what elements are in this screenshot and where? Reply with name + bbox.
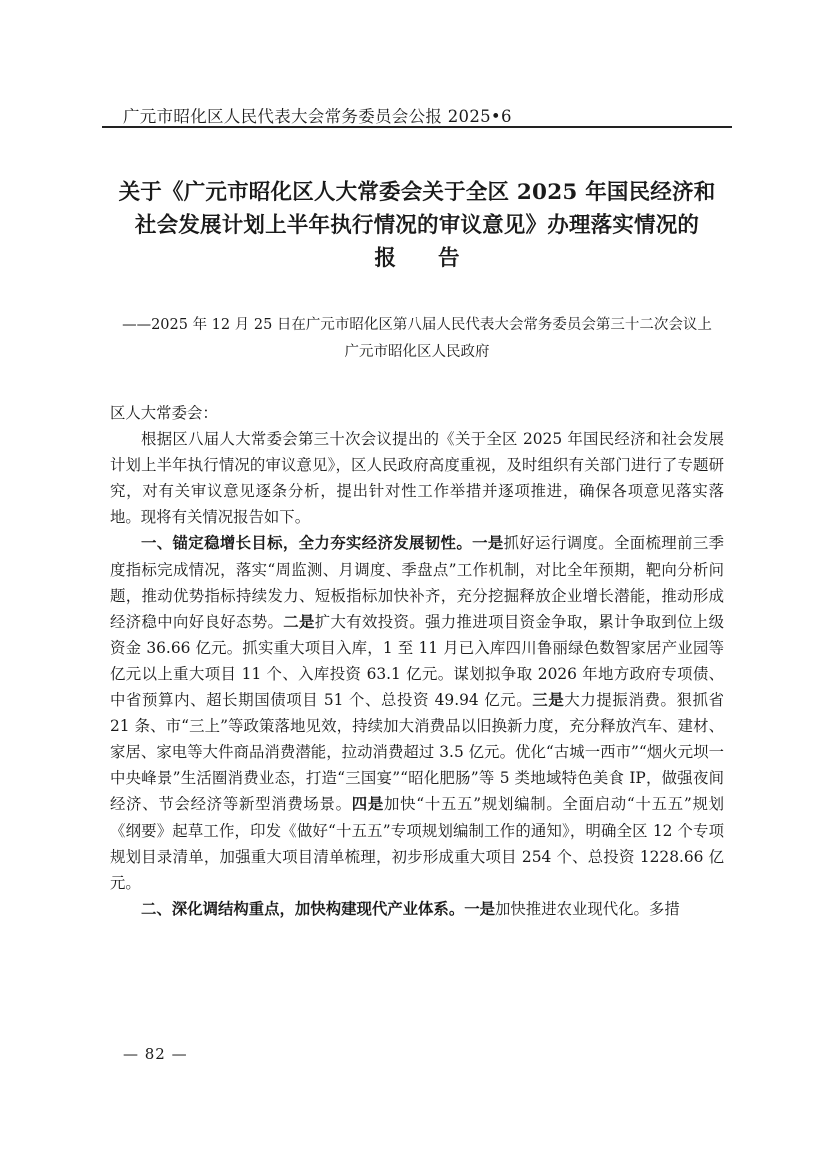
section-2-heading: 二、深化调结构重点，加快构建现代产业体系。 [141, 900, 464, 918]
subtitle-author: 广元市昭化区人民政府 [102, 339, 732, 366]
running-header: 广元市昭化区人民代表大会常务委员会公报 2025•6 [123, 103, 512, 127]
title-line-3: 报告 [102, 242, 732, 275]
title-line-1: 关于《广元市昭化区人大常委会关于全区 2025 年国民经济和 [102, 176, 732, 209]
section-1-item-3-label: 三是 [532, 691, 564, 709]
salutation: 区人大常委会： [110, 400, 724, 426]
title-line-2: 社会发展计划上半年执行情况的审议意见》办理落实情况的 [102, 209, 732, 242]
document-subtitle: ——2025 年 12 月 25 日在广元市昭化区第八届人民代表大会常务委员会第… [102, 312, 732, 366]
section-1-item-1-label: 一是 [472, 534, 504, 552]
document-body: 区人大常委会： 根据区八届人大常委会第三十次会议提出的《关于全区 2025 年国… [110, 400, 724, 922]
paragraph-section-2: 二、深化调结构重点，加快构建现代产业体系。一是加快推进农业现代化。多措 [110, 896, 724, 922]
header-rule [102, 126, 732, 128]
section-2-item-1-text: 加快推进农业现代化。多措 [495, 900, 680, 918]
section-2-item-1-label: 一是 [464, 900, 495, 918]
section-1-item-4-label: 四是 [352, 795, 384, 813]
document-title: 关于《广元市昭化区人大常委会关于全区 2025 年国民经济和 社会发展计划上半年… [102, 176, 732, 275]
paragraph-section-1: 一、锚定稳增长目标，全力夯实经济发展韧性。一是抓好运行调度。全面梳理前三季度指标… [110, 530, 724, 895]
subtitle-occasion: ——2025 年 12 月 25 日在广元市昭化区第八届人民代表大会常务委员会第… [102, 312, 732, 339]
section-1-item-2-label: 二是 [283, 613, 315, 631]
section-1-heading: 一、锚定稳增长目标，全力夯实经济发展韧性。 [141, 534, 472, 552]
paragraph-intro: 根据区八届人大常委会第三十次会议提出的《关于全区 2025 年国民经济和社会发展… [110, 426, 724, 530]
page-number: — 82 — [123, 1045, 188, 1063]
